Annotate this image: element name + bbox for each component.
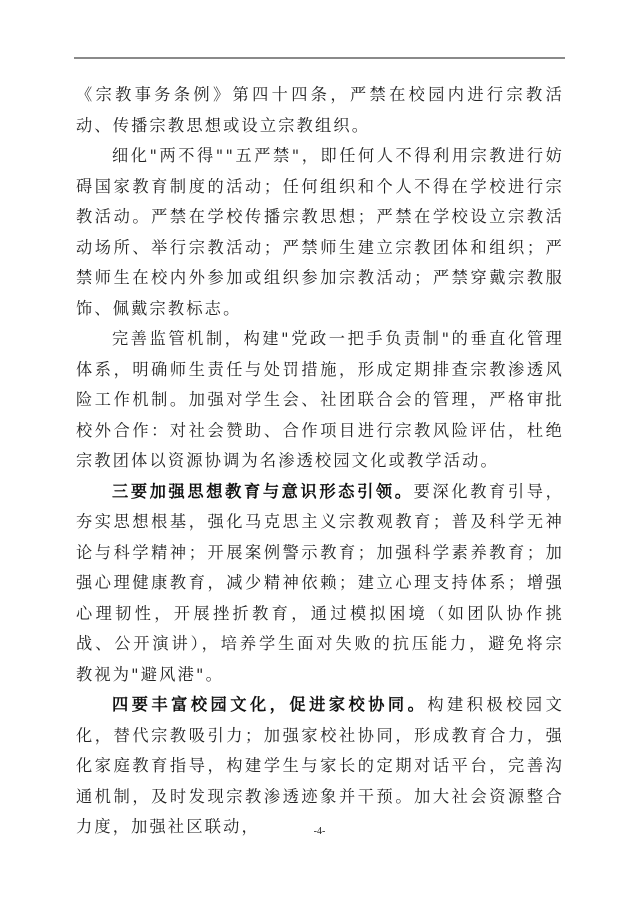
paragraph-heading: 三要加强思想教育与意识形态引领。 [112,482,414,501]
paragraph-text: 《宗教事务条例》第四十四条，严禁在校园内进行宗教活动、传播宗教思想或设立宗教组织… [76,85,564,135]
paragraph-2: 细化"两不得""五严禁"，即任何人不得利用宗教进行妨碍国家教育制度的活动；任何组… [76,141,564,324]
paragraph-text: 细化"两不得""五严禁"，即任何人不得利用宗教进行妨碍国家教育制度的活动；任何组… [76,146,564,318]
document-body: 《宗教事务条例》第四十四条，严禁在校园内进行宗教活动、传播宗教思想或设立宗教组织… [76,80,564,843]
paragraph-heading: 四要丰富校园文化，促进家校协同。 [112,695,427,714]
paragraph-text: 构建积极校园文化，替代宗教吸引力；加强家校社协同，形成教育合力，强化家庭教育指导… [76,695,564,836]
paragraph-5: 四要丰富校园文化，促进家校协同。构建积极校园文化，替代宗教吸引力；加强家校社协同… [76,690,564,843]
paragraph-3: 完善监管机制，构建"党政一把手负责制"的垂直化管理体系，明确师生责任与处罚措施，… [76,324,564,477]
paragraph-text: 完善监管机制，构建"党政一把手负责制"的垂直化管理体系，明确师生责任与处罚措施，… [76,329,564,470]
paragraph-4: 三要加强思想教育与意识形态引领。要深化教育引导，夯实思想根基，强化马克思主义宗教… [76,477,564,691]
header-rule [74,57,565,59]
page-number: -4- [0,826,639,837]
paragraph-text: 要深化教育引导，夯实思想根基，强化马克思主义宗教观教育；普及科学无神论与科学精神… [76,482,564,684]
paragraph-1: 《宗教事务条例》第四十四条，严禁在校园内进行宗教活动、传播宗教思想或设立宗教组织… [76,80,564,141]
